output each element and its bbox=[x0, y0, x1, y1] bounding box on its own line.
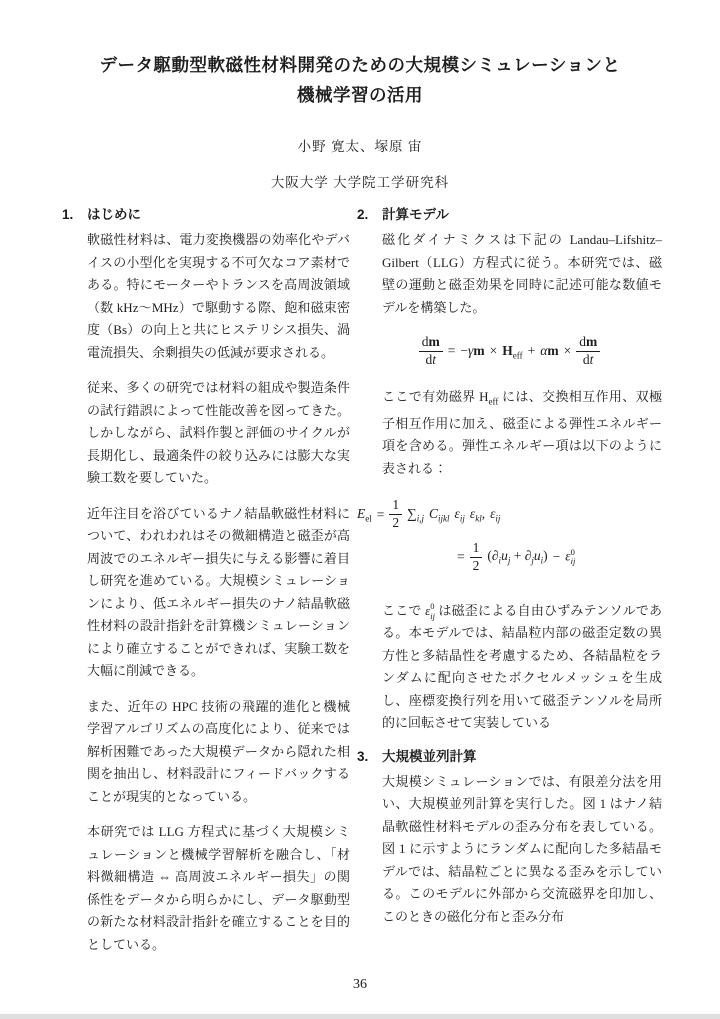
page-bottom-edge bbox=[0, 1014, 720, 1019]
elastic-equation-line-1: Eel = 1 2 ∑i,j Cijkl εij εkl, εij bbox=[357, 498, 500, 531]
elastic-equation-line-2: = 1 2 (∂iuj + ∂jui) − ε0ij bbox=[457, 541, 575, 574]
summation-symbol: ∑i,j bbox=[407, 506, 424, 524]
effective-field-term: Heff bbox=[502, 343, 522, 361]
section-2-title: 計算モデル bbox=[382, 206, 449, 223]
section-1-paragraph-3: 近年注目を浴びているナノ結晶軟磁性材料について、われわれはその微細構造と磁歪が高… bbox=[87, 503, 350, 683]
section-1-title: はじめに bbox=[87, 206, 141, 223]
section-2-paragraph-2: ここで有効磁界 Heff には、交換相互作用、双極子相互作用に加え、磁歪による弾… bbox=[382, 386, 662, 481]
section-3-paragraph-1: 大規模シミュレーションでは、有限差分法を用い、大規模並列計算を実行した。図 1 … bbox=[382, 771, 662, 929]
paper-title: データ駆動型軟磁性材料開発のための大規模シミュレーションと 機械学習の活用 bbox=[0, 0, 720, 110]
section-1-paragraph-2: 従来、多くの研究では材料の組成や製造条件の試行錯誤によって性能改善を図ってきた。… bbox=[87, 377, 350, 490]
precession-term: −γm bbox=[460, 343, 484, 359]
equals-sign: = bbox=[457, 549, 465, 565]
strain-epsilon-kl: εkl, bbox=[470, 506, 485, 524]
llg-equation: dm dt = −γm × Heff + αm × dm dt bbox=[357, 335, 662, 368]
section-2-paragraph-3: ここで ε0ij は磁歪による自由ひずみテンソルである。本モデルでは、結晶粒内部… bbox=[382, 600, 662, 735]
affiliation: 大阪大学 大学院工学研究科 bbox=[0, 171, 720, 191]
paper-title-line2: 機械学習の活用 bbox=[0, 80, 720, 110]
llg-lhs-fraction: dm dt bbox=[419, 335, 443, 368]
section-1-heading: 1. はじめに bbox=[62, 206, 350, 223]
section-2-number: 2. bbox=[357, 206, 382, 223]
cross-product-sign: × bbox=[564, 343, 572, 359]
plus-sign: + bbox=[528, 343, 536, 359]
damping-term: αm bbox=[540, 343, 558, 359]
section-3-heading: 3. 大規模並列計算 bbox=[357, 748, 662, 765]
section-2-paragraph-1: 磁化ダイナミクスは下記の Landau–Lifshitz–Gilbert（LLG… bbox=[382, 229, 662, 319]
one-half-fraction: 1 2 bbox=[470, 541, 483, 574]
authors: 小野 寛太、塚原 宙 bbox=[0, 135, 720, 155]
displacement-gradient-term: (∂iuj + ∂jui) bbox=[487, 548, 547, 566]
paper-page: データ駆動型軟磁性材料開発のための大規模シミュレーションと 機械学習の活用 小野… bbox=[0, 0, 720, 1019]
section-1-number: 1. bbox=[62, 206, 87, 223]
eigenstrain-inline-math: ε0ij bbox=[425, 603, 435, 618]
equals-sign: = bbox=[448, 343, 456, 359]
heff-inline-math: Heff bbox=[479, 389, 498, 404]
elastic-energy-equation: Eel = 1 2 ∑i,j Cijkl εij εkl, εij = 1 bbox=[357, 498, 662, 573]
stiffness-tensor: Cijkl bbox=[429, 506, 450, 524]
section-3-number: 3. bbox=[357, 748, 382, 765]
section-1-paragraph-4: また、近年の HPC 技術の飛躍的進化と機械学習アルゴリズムの高度化により、従来… bbox=[87, 696, 350, 809]
minus-sign: − bbox=[553, 549, 561, 565]
right-column: 2. 計算モデル 磁化ダイナミクスは下記の Landau–Lifshitz–Gi… bbox=[357, 206, 662, 956]
strain-epsilon-ij: εij bbox=[490, 506, 500, 524]
llg-rhs-fraction: dm dt bbox=[576, 335, 600, 368]
paper-title-line1: データ駆動型軟磁性材料開発のための大規模シミュレーションと bbox=[0, 50, 720, 80]
section-3-title: 大規模並列計算 bbox=[382, 748, 477, 765]
left-column: 1. はじめに 軟磁性材料は、電力変換機器の効率化やデバイスの小型化を実現する不… bbox=[62, 206, 350, 956]
eigenstrain-symbol: ε0ij bbox=[565, 548, 575, 568]
strain-epsilon-ij: εij bbox=[455, 506, 465, 524]
elastic-energy-symbol: Eel bbox=[357, 506, 372, 524]
one-half-fraction: 1 2 bbox=[389, 498, 402, 531]
cross-product-sign: × bbox=[490, 343, 498, 359]
page-number: 36 bbox=[0, 977, 720, 993]
section-1-paragraph-5: 本研究では LLG 方程式に基づく大規模シミュレーションと機械学習解析を融合し、… bbox=[87, 821, 350, 956]
equals-sign: = bbox=[377, 507, 385, 523]
section-1-paragraph-1: 軟磁性材料は、電力変換機器の効率化やデバイスの小型化を実現する不可欠なコア素材で… bbox=[87, 229, 350, 364]
two-column-body: 1. はじめに 軟磁性材料は、電力変換機器の効率化やデバイスの小型化を実現する不… bbox=[62, 206, 662, 956]
section-2-heading: 2. 計算モデル bbox=[357, 206, 662, 223]
